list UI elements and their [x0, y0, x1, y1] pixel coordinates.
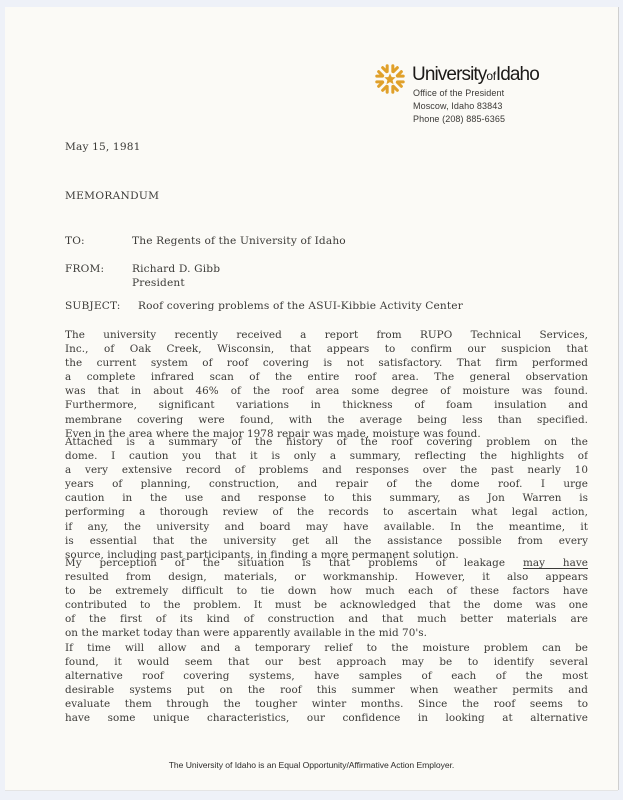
paragraph-line: is essential that the university get all…	[65, 534, 588, 548]
city-line: Moscow, Idaho 83843	[413, 101, 502, 111]
university-name: UniversityofIdaho	[412, 64, 539, 87]
paragraph-alternatives: If time will allow and a temporary relie…	[65, 641, 588, 726]
office-line: Office of the President	[413, 88, 504, 98]
paragraph-line: The university recently received a repor…	[65, 328, 588, 342]
subject-label: SUBJECT:	[65, 300, 121, 312]
paragraph-line: performing a thorough review of the reco…	[65, 505, 588, 519]
paragraph-line: a complete infrared scan of the entire r…	[65, 370, 588, 384]
from-label: FROM:	[65, 263, 104, 275]
subject-value: Roof covering problems of the ASUI-Kibbi…	[138, 300, 463, 312]
paragraph-history-summary: Attached is a summary of the history of …	[65, 435, 588, 562]
line-text: My perception of the situation is that p…	[65, 557, 523, 569]
paragraph-line: on the market today than were apparently…	[65, 626, 588, 640]
paragraph-line: of the first of its kind of construction…	[65, 612, 588, 626]
to-value: The Regents of the University of Idaho	[132, 235, 346, 247]
memo-date: May 15, 1981	[65, 141, 141, 153]
sunburst-logo-icon	[371, 62, 409, 96]
memo-page: UniversityofIdaho Office of the Presiden…	[5, 7, 618, 790]
to-label: TO:	[65, 235, 85, 247]
letterhead: UniversityofIdaho Office of the Presiden…	[371, 62, 571, 132]
paragraph-line: the current system of roof covering is n…	[65, 356, 588, 370]
paragraph-line: desirable systems put on the roof this s…	[65, 683, 588, 697]
paragraph-line: resulted from design, materials, or work…	[65, 570, 588, 584]
paragraph-line: My perception of the situation is that p…	[65, 556, 588, 570]
from-title: President	[132, 277, 185, 289]
paragraph-line: Inc., of Oak Creek, Wisconsin, that appe…	[65, 342, 588, 356]
paragraph-line: membrane covering were found, with the a…	[65, 413, 588, 427]
paragraph-line: have some unique characteristics, our co…	[65, 711, 588, 725]
phone-line: Phone (208) 885-6365	[413, 114, 505, 124]
paragraph-line: to be extremely difficult to tie down ho…	[65, 584, 588, 598]
underlined-text: may have	[523, 557, 588, 569]
of-word: of	[486, 69, 495, 83]
paragraph-line: evaluate them through the tougher winter…	[65, 697, 588, 711]
paragraph-line: dome. I caution you that it is only a su…	[65, 449, 588, 463]
from-name: Richard D. Gibb	[132, 263, 220, 275]
paragraph-line: found, it would seem that our best appro…	[65, 655, 588, 669]
paragraph-line: caution in the use and response to this …	[65, 491, 588, 505]
memo-type: MEMORANDUM	[65, 190, 159, 202]
equal-opportunity-footer: The University of Idaho is an Equal Oppo…	[5, 760, 618, 770]
paragraph-perception: My perception of the situation is that p…	[65, 556, 588, 641]
paragraph-line: alternative roof covering systems, have …	[65, 669, 588, 683]
university-word: University	[412, 64, 486, 85]
paragraph-line: a very extensive record of problems and …	[65, 463, 588, 477]
paragraph-line: contributed to the problem. It must be a…	[65, 598, 588, 612]
paragraph-line: If time will allow and a temporary relie…	[65, 641, 588, 655]
paragraph-line: Furthermore, significant variations in t…	[65, 398, 588, 412]
paragraph-rupo-report: The university recently received a repor…	[65, 328, 588, 441]
paragraph-line: Attached is a summary of the history of …	[65, 435, 588, 449]
paragraph-line: if any, the university and board may hav…	[65, 520, 588, 534]
paragraph-line: years of planning, construction, and rep…	[65, 477, 588, 491]
paragraph-line: was that in about 46% of the roof area s…	[65, 384, 588, 398]
idaho-word: Idaho	[496, 64, 539, 85]
